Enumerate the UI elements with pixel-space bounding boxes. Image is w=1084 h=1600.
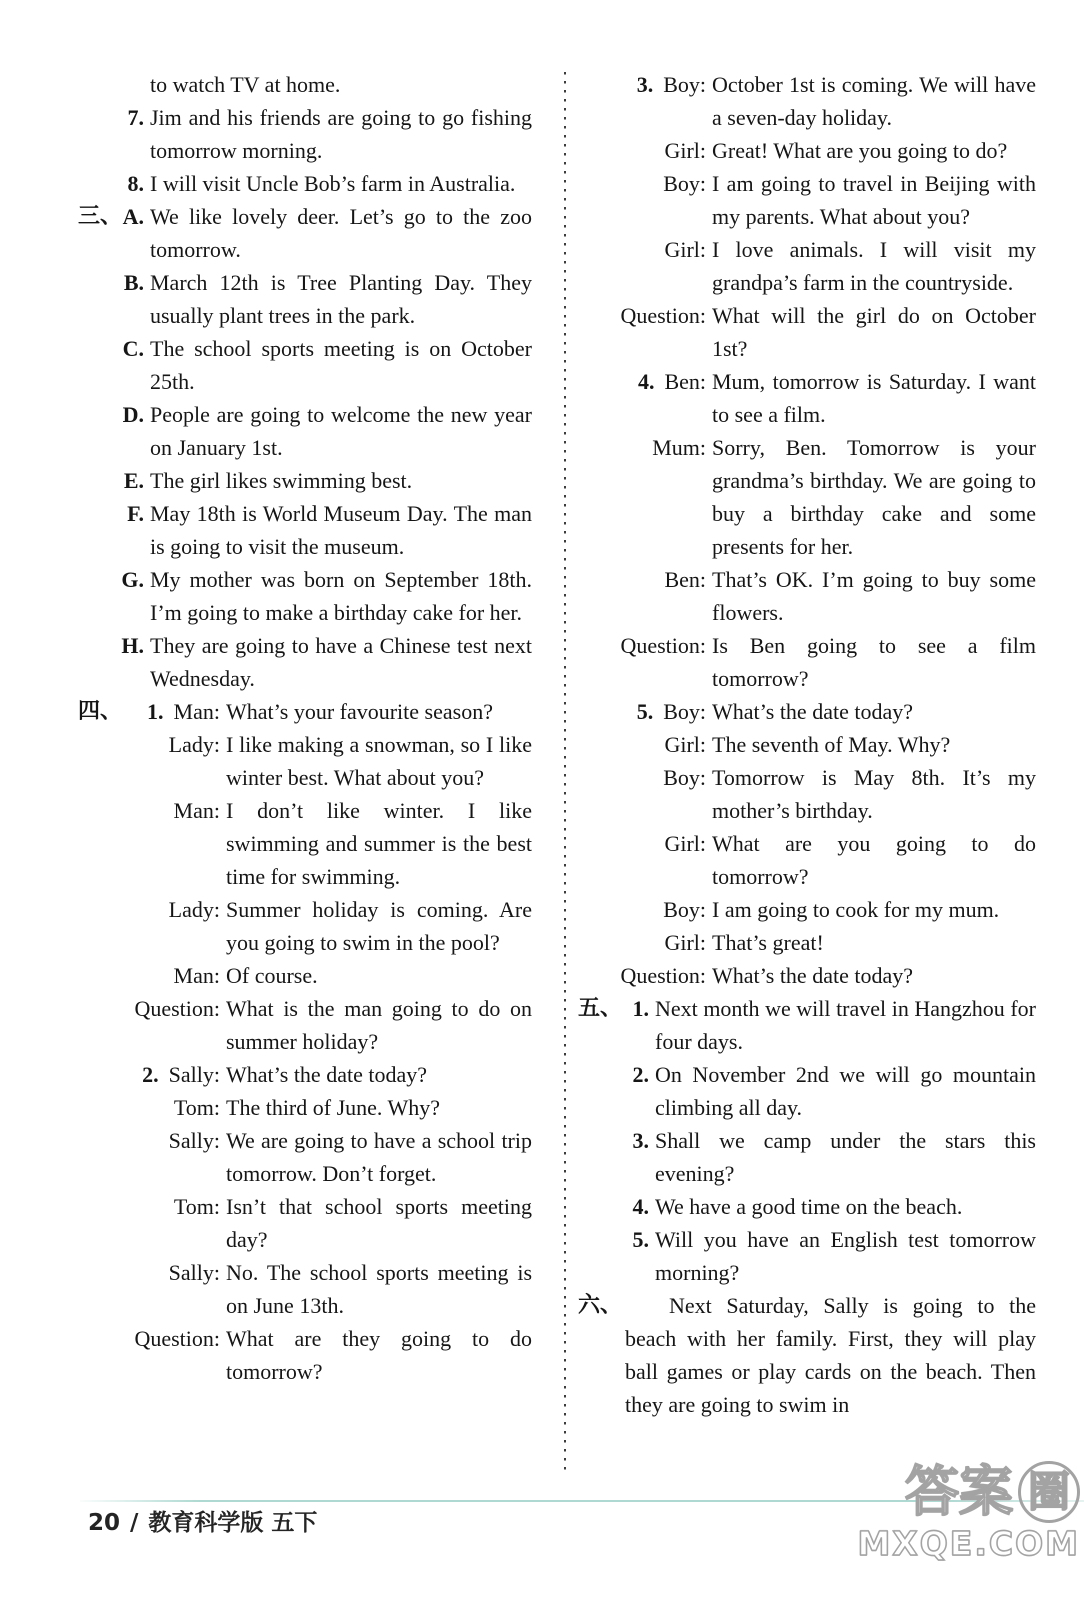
line-text: What will the girl do on October 1st? [712, 299, 1036, 365]
line-label: Sally: [78, 1124, 226, 1157]
script-line: 7.Jim and his friends are going to go fi… [78, 101, 532, 167]
line-label: Question: [78, 992, 226, 1025]
script-line: Boy:I am going to cook for my mum. [578, 893, 1036, 926]
section-marker: 五、 [578, 992, 622, 1025]
line-label: Sally: [78, 1256, 226, 1289]
script-line: 2.On November 2nd we will go mountain cl… [578, 1058, 1036, 1124]
speaker-label: Girl: [664, 728, 706, 761]
script-line: Boy:Tomorrow is May 8th. It’s my mother’… [578, 761, 1036, 827]
speaker-label: Tom: [174, 1190, 220, 1223]
line-text: What are you going to do tomorrow? [712, 827, 1036, 893]
right-column: 3.Boy:October 1st is coming. We will hav… [578, 68, 1036, 1421]
line-text: May 18th is World Museum Day. The man is… [150, 497, 532, 563]
item-number: 2. [142, 1058, 159, 1091]
line-label: Boy: [578, 167, 712, 200]
line-label: C. [78, 332, 150, 365]
line-text: No. The school sports meeting is on June… [226, 1256, 532, 1322]
speaker-label: Boy: [663, 695, 706, 728]
line-text: The seventh of May. Why? [712, 728, 1036, 761]
line-label: 5.Boy: [578, 695, 712, 728]
line-text: Is Ben going to see a film tomorrow? [712, 629, 1036, 695]
script-line: Lady:Summer holiday is coming. Are you g… [78, 893, 532, 959]
page-number: 20 [88, 1507, 120, 1540]
line-text: I don’t like winter. I like swimming and… [226, 794, 532, 893]
script-line: Tom:Isn’t that school sports meeting day… [78, 1190, 532, 1256]
speaker-label: Ben: [664, 563, 706, 596]
item-number: A. [123, 200, 144, 233]
script-line: 2.Sally:What’s the date today? [78, 1058, 532, 1091]
speaker-label: Girl: [664, 233, 706, 266]
item-number: D. [123, 398, 144, 431]
speaker-label: Ben: [664, 365, 706, 398]
line-text: Summer holiday is coming. Are you going … [226, 893, 532, 959]
speaker-label: Sally: [169, 1124, 220, 1157]
script-line: Sally:No. The school sports meeting is o… [78, 1256, 532, 1322]
line-text: Jim and his friends are going to go fish… [150, 101, 532, 167]
line-text: I will visit Uncle Bob’s farm in Austral… [150, 167, 532, 200]
script-line: Question:What’s the date today? [578, 959, 1036, 992]
script-line: Girl:That’s great! [578, 926, 1036, 959]
section-marker: 三、 [78, 200, 122, 233]
line-text: The girl likes swimming best. [150, 464, 532, 497]
speaker-label: Mum: [652, 431, 706, 464]
script-line: to watch TV at home. [78, 68, 532, 101]
speaker-label: Man: [174, 959, 220, 992]
script-line: G.My mother was born on September 18th. … [78, 563, 532, 629]
speaker-label: Lady: [169, 893, 220, 926]
line-text: My mother was born on September 18th. I’… [150, 563, 532, 629]
script-line: 五、1.Next month we will travel in Hangzho… [578, 992, 1036, 1058]
speaker-label: Girl: [664, 827, 706, 860]
script-line: Man:Of course. [78, 959, 532, 992]
speaker-label: Girl: [664, 926, 706, 959]
line-label: Boy: [578, 761, 712, 794]
speaker-label: Boy: [663, 761, 706, 794]
line-text: I like making a snowman, so I like winte… [226, 728, 532, 794]
speaker-label: Sally: [169, 1058, 220, 1091]
item-number: 5. [637, 695, 654, 728]
line-text: I am going to cook for my mum. [712, 893, 1036, 926]
script-line: C.The school sports meeting is on Octobe… [78, 332, 532, 398]
page-footer: 20 / 教育科学版 五下 [88, 1507, 317, 1540]
line-text: They are going to have a Chinese test ne… [150, 629, 532, 695]
line-label: 3.Boy: [578, 68, 712, 101]
speaker-label: Boy: [663, 68, 706, 101]
line-label: E. [78, 464, 150, 497]
script-line: Mum:Sorry, Ben. Tomorrow is your grandma… [578, 431, 1036, 563]
item-number: 4. [638, 365, 655, 398]
line-text: Mum, tomorrow is Saturday. I want to see… [712, 365, 1036, 431]
speaker-label: Man: [174, 794, 220, 827]
script-line: B.March 12th is Tree Planting Day. They … [78, 266, 532, 332]
line-label: 5. [578, 1223, 655, 1256]
line-text: That’s OK. I’m going to buy some flowers… [712, 563, 1036, 629]
item-number: 5. [633, 1223, 650, 1256]
line-label: Boy: [578, 893, 712, 926]
line-text: We have a good time on the beach. [655, 1190, 1036, 1223]
script-line: Sally:We are going to have a school trip… [78, 1124, 532, 1190]
line-label: Question: [578, 629, 712, 662]
script-line: Question:What is the man going to do on … [78, 992, 532, 1058]
script-line: Ben:That’s OK. I’m going to buy some flo… [578, 563, 1036, 629]
script-line: 3.Shall we camp under the stars this eve… [578, 1124, 1036, 1190]
line-text: On November 2nd we will go mountain clim… [655, 1058, 1036, 1124]
line-label: G. [78, 563, 150, 596]
line-text: Of course. [226, 959, 532, 992]
script-line: Boy:I am going to travel in Beijing with… [578, 167, 1036, 233]
script-line: D.People are going to welcome the new ye… [78, 398, 532, 464]
line-label: 3. [578, 1124, 655, 1157]
line-label: Girl: [578, 134, 712, 167]
line-label: Lady: [78, 728, 226, 761]
script-line: 六、Next Saturday, Sally is going to the b… [578, 1289, 1036, 1421]
line-text: Shall we camp under the stars this eveni… [655, 1124, 1036, 1190]
line-label: Ben: [578, 563, 712, 596]
item-number: G. [121, 563, 144, 596]
line-text: The third of June. Why? [226, 1091, 532, 1124]
line-label: 8. [78, 167, 150, 200]
item-number: 4. [633, 1190, 650, 1223]
speaker-label: Boy: [663, 893, 706, 926]
item-number: F. [127, 497, 144, 530]
line-text: March 12th is Tree Planting Day. They us… [150, 266, 532, 332]
line-text: to watch TV at home. [150, 68, 532, 101]
item-number: 8. [128, 167, 145, 200]
script-line: 5.Boy:What’s the date today? [578, 695, 1036, 728]
line-label: Girl: [578, 926, 712, 959]
item-number: H. [121, 629, 144, 662]
line-label: Girl: [578, 233, 712, 266]
line-label: Tom: [78, 1091, 226, 1124]
line-text: The school sports meeting is on October … [150, 332, 532, 398]
script-line: F.May 18th is World Museum Day. The man … [78, 497, 532, 563]
left-column: to watch TV at home.7.Jim and his friend… [78, 68, 532, 1388]
script-line: 4.Ben:Mum, tomorrow is Saturday. I want … [578, 365, 1036, 431]
line-text: We are going to have a school trip tomor… [226, 1124, 532, 1190]
line-text: Will you have an English test tomorrow m… [655, 1223, 1036, 1289]
line-text: Sorry, Ben. Tomorrow is your grandma’s b… [712, 431, 1036, 563]
script-line: Lady:I like making a snowman, so I like … [78, 728, 532, 794]
speaker-label: Girl: [664, 134, 706, 167]
line-label: 2. [578, 1058, 655, 1091]
script-line: Question:What will the girl do on Octobe… [578, 299, 1036, 365]
footer-separator: / [130, 1507, 138, 1540]
line-label: 2.Sally: [78, 1058, 226, 1091]
script-line: H.They are going to have a Chinese test … [78, 629, 532, 695]
speaker-label: Question: [620, 959, 706, 992]
line-label: Question: [578, 299, 712, 332]
script-line: 三、A.We like lovely deer. Let’s go to the… [78, 200, 532, 266]
item-number: C. [123, 332, 144, 365]
item-number: 3. [633, 1124, 650, 1157]
item-number: E. [124, 464, 144, 497]
line-label: D. [78, 398, 150, 431]
item-number: 1. [633, 992, 650, 1025]
item-number: B. [124, 266, 144, 299]
script-line: Question:What are they going to do tomor… [78, 1322, 532, 1388]
script-line: Tom:The third of June. Why? [78, 1091, 532, 1124]
line-text: Isn’t that school sports meeting day? [226, 1190, 532, 1256]
line-text: Tomorrow is May 8th. It’s my mother’s bi… [712, 761, 1036, 827]
watermark-brand-text: 答案 [905, 1460, 1013, 1524]
line-text: I am going to travel in Beijing with my … [712, 167, 1036, 233]
line-label: 4. [578, 1190, 655, 1223]
line-label: Question: [78, 1322, 226, 1355]
column-divider-dotted-line [564, 72, 566, 1472]
item-number: 2. [633, 1058, 650, 1091]
speaker-label: Tom: [174, 1091, 220, 1124]
line-label: Man: [78, 794, 226, 827]
section-marker: 四、 [78, 695, 122, 728]
speaker-label: Sally: [169, 1256, 220, 1289]
script-line: 四、1.Man:What’s your favourite season? [78, 695, 532, 728]
line-label: F. [78, 497, 150, 530]
line-label: Mum: [578, 431, 712, 464]
watermark-site-url: MXQE.COM [857, 1526, 1080, 1562]
line-text: We like lovely deer. Let’s go to the zoo… [150, 200, 532, 266]
item-number: 7. [128, 101, 145, 134]
line-text: That’s great! [712, 926, 1036, 959]
line-text: October 1st is coming. We will have a se… [712, 68, 1036, 134]
speaker-label: Man: [174, 695, 220, 728]
line-label: H. [78, 629, 150, 662]
script-line: 3.Boy:October 1st is coming. We will hav… [578, 68, 1036, 134]
line-label: Girl: [578, 827, 712, 860]
line-label: Man: [78, 959, 226, 992]
script-line: E.The girl likes swimming best. [78, 464, 532, 497]
line-text: Next month we will travel in Hangzhou fo… [655, 992, 1036, 1058]
line-text: What’s the date today? [712, 695, 1036, 728]
speaker-label: Boy: [663, 167, 706, 200]
watermark-brand: 答案圈 [857, 1460, 1080, 1524]
item-number: 1. [147, 695, 164, 728]
line-text: What’s the date today? [226, 1058, 532, 1091]
scanned-answer-page: to watch TV at home.7.Jim and his friend… [0, 0, 1084, 1600]
script-line: Girl:What are you going to do tomorrow? [578, 827, 1036, 893]
line-label: B. [78, 266, 150, 299]
section-marker: 六、 [578, 1289, 622, 1322]
line-label: Girl: [578, 728, 712, 761]
line-text: People are going to welcome the new year… [150, 398, 532, 464]
line-label: Question: [578, 959, 712, 992]
line-label: 7. [78, 101, 150, 134]
line-label: Tom: [78, 1190, 226, 1223]
speaker-label: Question: [620, 299, 706, 332]
speaker-label: Question: [620, 629, 706, 662]
script-line: Girl:Great! What are you going to do? [578, 134, 1036, 167]
line-text: I love animals. I will visit my grandpa’… [712, 233, 1036, 299]
line-label: Lady: [78, 893, 226, 926]
line-text: Next Saturday, Sally is going to the bea… [625, 1289, 1036, 1421]
speaker-label: Question: [134, 1322, 220, 1355]
script-line: Question:Is Ben going to see a film tomo… [578, 629, 1036, 695]
script-line: 8.I will visit Uncle Bob’s farm in Austr… [78, 167, 532, 200]
speaker-label: Question: [134, 992, 220, 1025]
script-line: Girl:I love animals. I will visit my gra… [578, 233, 1036, 299]
line-text: What’s the date today? [712, 959, 1036, 992]
line-text: Great! What are you going to do? [712, 134, 1036, 167]
script-line: Man:I don’t like winter. I like swimming… [78, 794, 532, 893]
line-text: What is the man going to do on summer ho… [226, 992, 532, 1058]
line-text: What’s your favourite season? [226, 695, 532, 728]
watermark-circled-char: 圈 [1018, 1461, 1080, 1523]
answer-site-watermark: 答案圈 MXQE.COM [857, 1460, 1080, 1562]
script-line: 4.We have a good time on the beach. [578, 1190, 1036, 1223]
line-text: What are they going to do tomorrow? [226, 1322, 532, 1388]
edition-label: 教育科学版 五下 [148, 1507, 317, 1540]
script-line: Girl:The seventh of May. Why? [578, 728, 1036, 761]
script-line: 5.Will you have an English test tomorrow… [578, 1223, 1036, 1289]
item-number: 3. [637, 68, 654, 101]
line-label: 4.Ben: [578, 365, 712, 398]
speaker-label: Lady: [169, 728, 220, 761]
